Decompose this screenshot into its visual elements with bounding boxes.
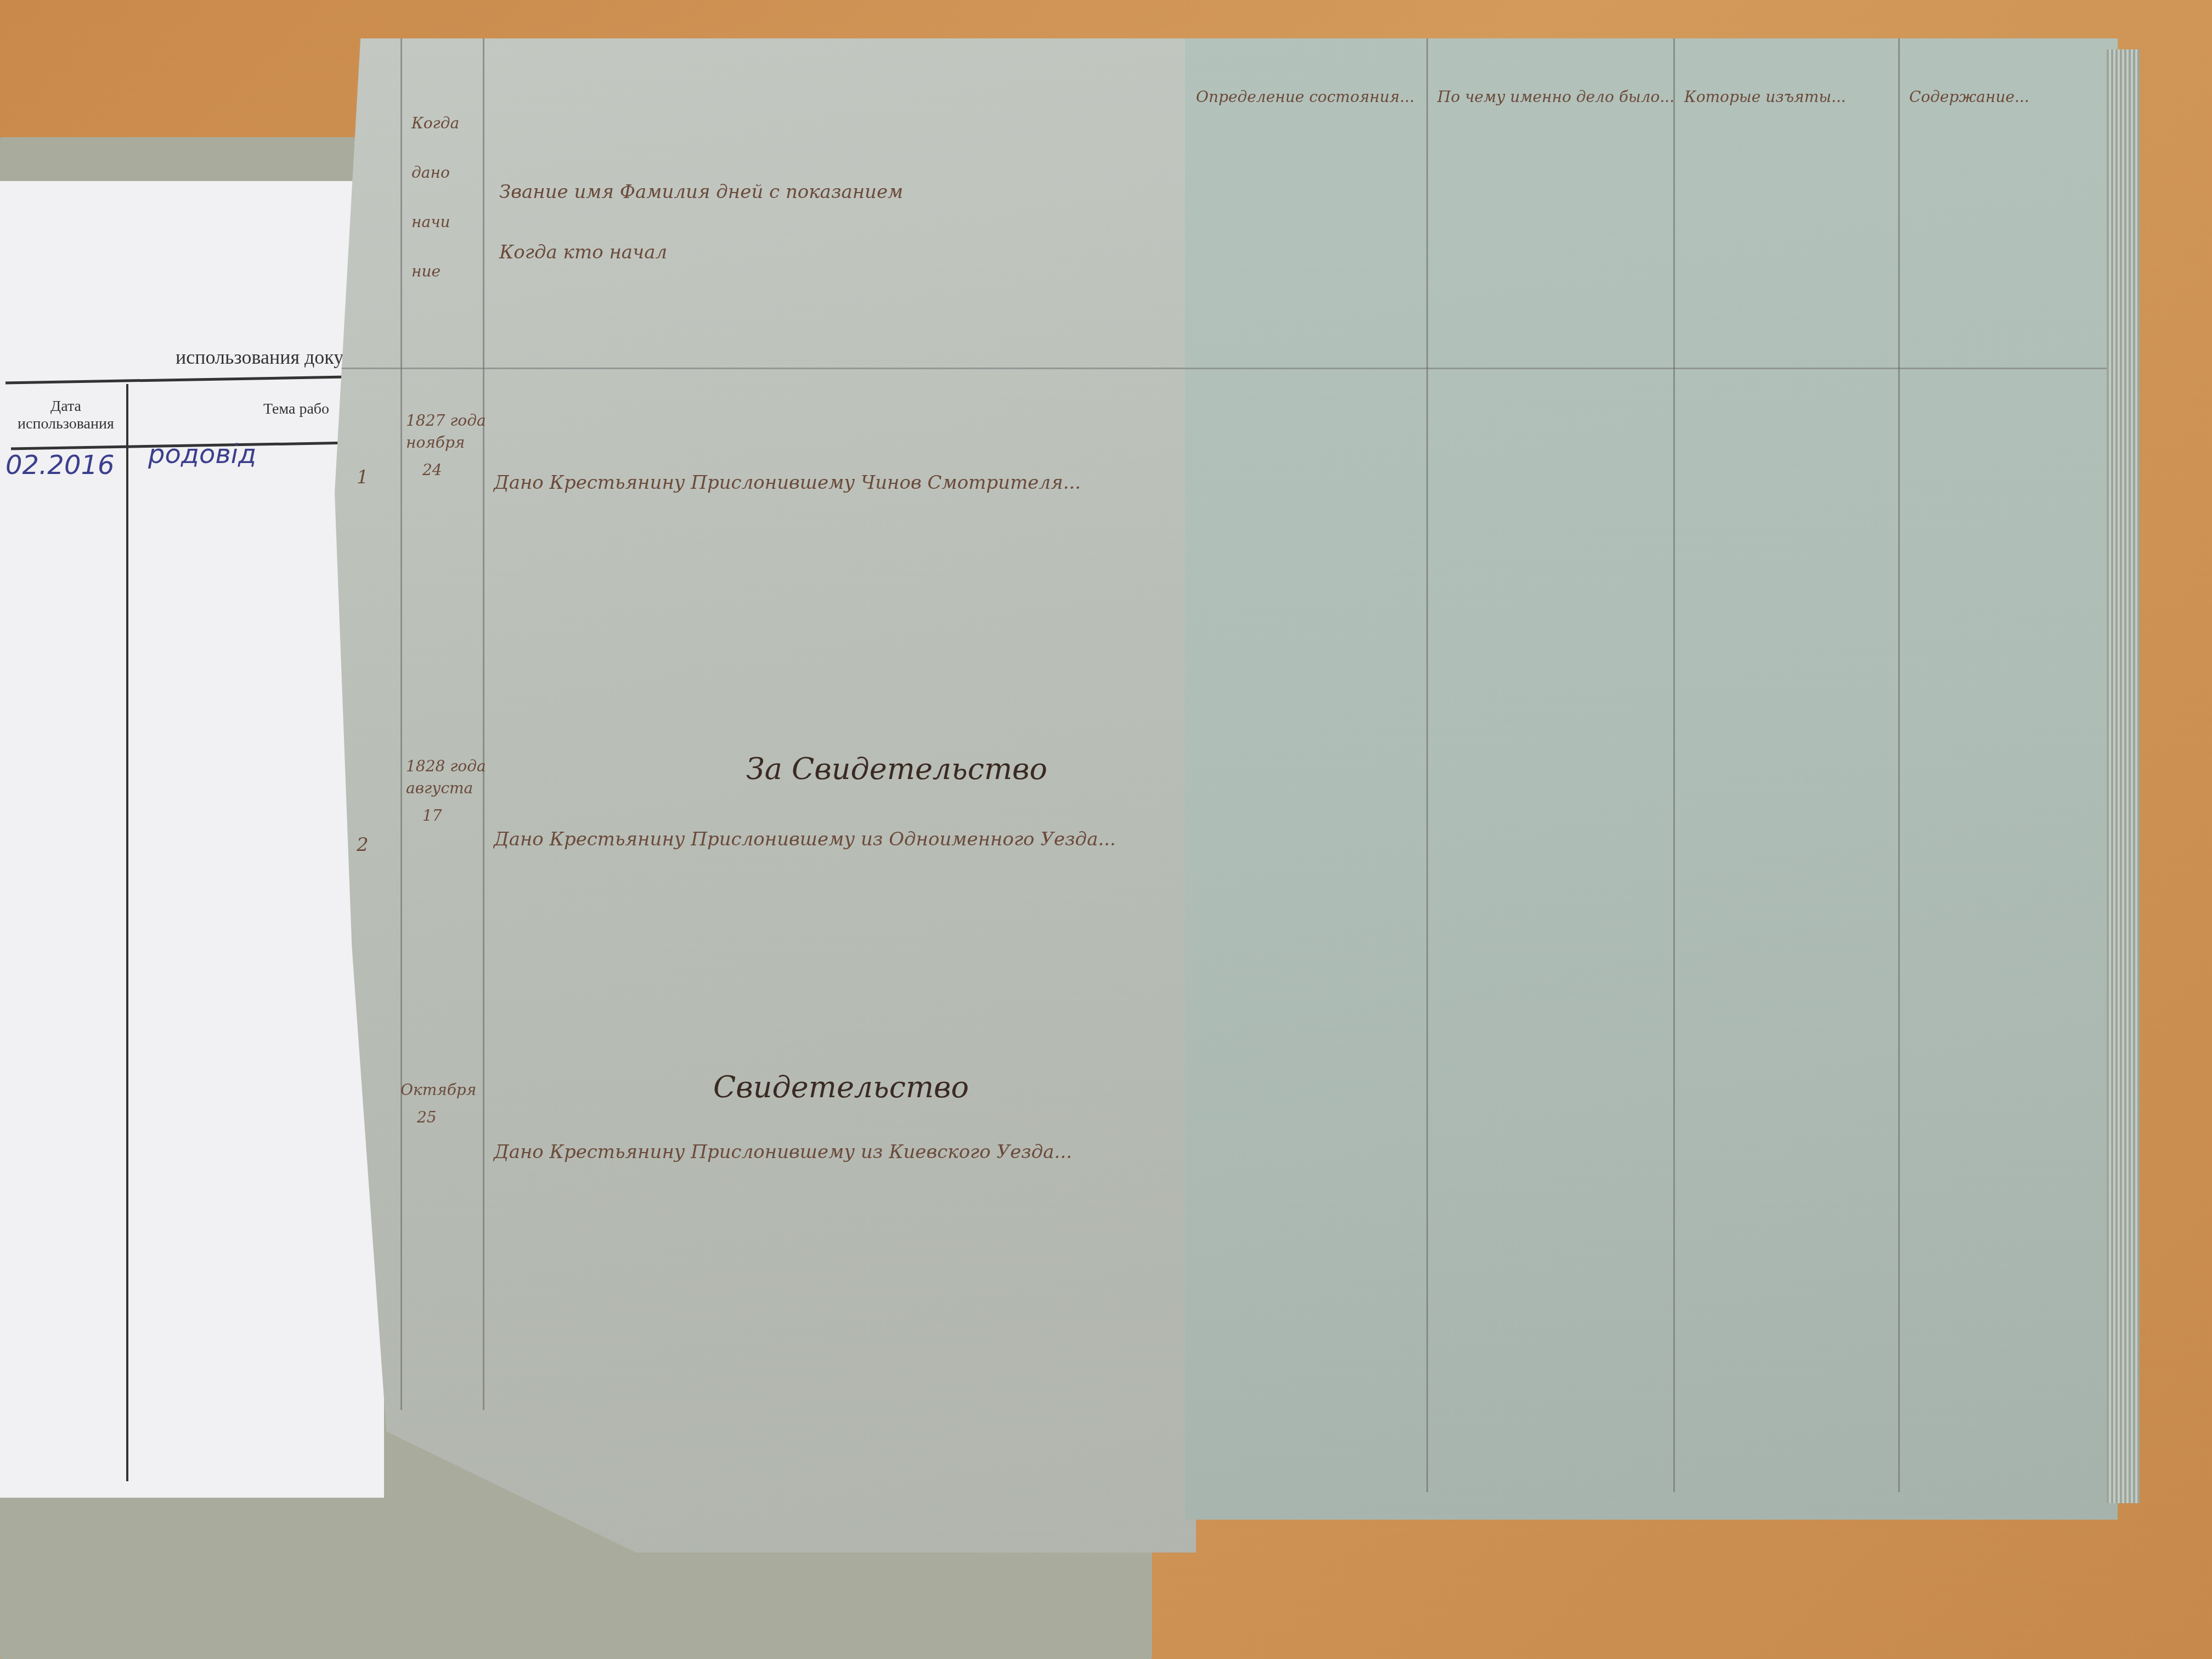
entry-text: Дано Крестьянину Прислонившему из Киевск… <box>494 1141 1072 1163</box>
column-header: Которые изъяты... <box>1684 88 1846 106</box>
column-header: Определение состояния... <box>1196 88 1414 106</box>
margin-rule <box>400 38 402 1410</box>
entry-month: августа <box>406 779 473 797</box>
header-rule <box>1185 368 2118 369</box>
usage-form-sheet: использования докум Дата использования Т… <box>0 181 384 1498</box>
entry-day: 25 <box>417 1108 437 1126</box>
divider <box>126 384 128 1481</box>
column-rule <box>1673 38 1675 1492</box>
entry-number: 1 <box>357 466 369 488</box>
entry-month: ноября <box>406 433 465 452</box>
margin-rule <box>483 38 484 1410</box>
page-stack-edge <box>2107 49 2140 1503</box>
entry-text: Дано Крестьянину Прислонившему из Одноим… <box>494 828 1116 850</box>
topic-header: Тема рабо <box>263 400 329 418</box>
divider <box>5 376 346 385</box>
right-page: Определение состояния... По чему именно … <box>1185 38 2118 1520</box>
entry-day: 17 <box>422 806 442 825</box>
entry-topic: родовід <box>148 439 256 470</box>
entry-number: 2 <box>357 834 369 856</box>
column-header: По чему именно дело было... <box>1437 88 1674 106</box>
entry-day: 24 <box>422 461 442 479</box>
entry-year: 1827 года <box>406 411 486 430</box>
header-col2-line1: Звание имя Фамилия дней с показанием <box>499 181 903 203</box>
form-title: использования докум <box>176 346 356 369</box>
entry-year: 1828 года <box>406 757 486 775</box>
entry-month: Октября <box>400 1081 476 1099</box>
column-rule <box>1426 38 1428 1492</box>
entry-date: 02.2016 <box>5 450 115 481</box>
header-col1: Когда дано начи ние <box>411 99 472 296</box>
header-col2-line2: Когда кто начал <box>499 241 667 263</box>
entry-heading: За Свидетельство <box>746 752 1047 786</box>
date-header: Дата использования <box>11 398 121 433</box>
header-rule <box>335 368 1196 369</box>
column-rule <box>1898 38 1900 1492</box>
column-header: Содержание... <box>1909 88 2029 106</box>
left-page: Когда дано начи ние Звание имя Фамилия д… <box>335 38 1196 1553</box>
entry-heading: Свидетельство <box>713 1070 969 1104</box>
entry-text: Дано Крестьянину Прислонившему Чинов Смо… <box>494 472 1081 494</box>
